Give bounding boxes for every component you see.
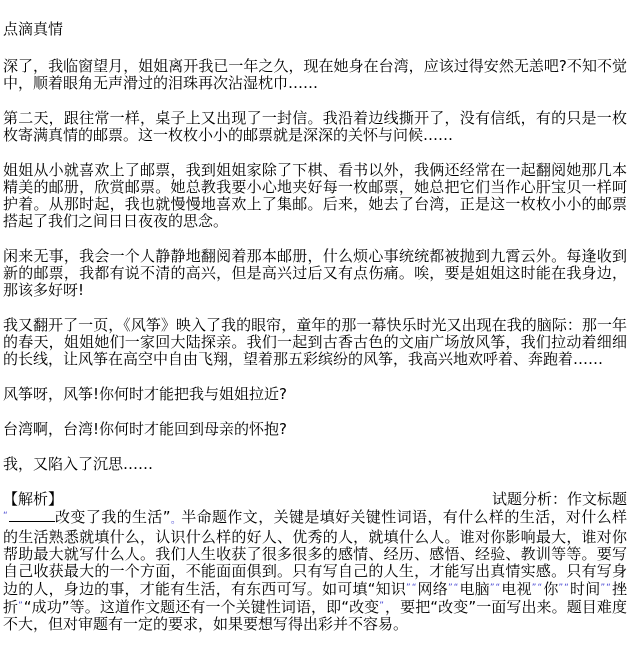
analysis-label: 【解析】 — [3, 491, 63, 508]
text-segment: 时间 — [570, 580, 601, 598]
highlighted-punctuation: ”“ — [532, 583, 543, 593]
text-segment: 改变了我的生活” — [55, 508, 171, 526]
analysis-header: 【解析】 试题分析：作文标题 — [3, 491, 627, 508]
highlighted-punctuation: ”“ — [448, 583, 459, 593]
document-page: 点滴真情 深了，我临窗望月，姐姐离开我已一年之久，现在她身在台湾，应该过得安然无… — [0, 0, 630, 651]
essay-paragraph-1: 深了，我临窗望月，姐姐离开我已一年之久，现在她身在台湾，应该过得安然无恙吧?不知… — [3, 58, 627, 92]
text-segment: 电脑 — [459, 580, 490, 598]
essay-paragraph-2: 第二天，跟往常一样，桌子上又出现了一封信。我沿着边线撕开了，没有信纸，有的只是一… — [3, 110, 627, 144]
highlighted-punctuation: ”“ — [600, 583, 611, 593]
analysis-section: 【解析】 试题分析：作文标题 “改变了我的生活”。半命题作文，关键是填好关键性词… — [3, 491, 627, 633]
essay-paragraph-3: 姐姐从小就喜欢上了邮票，我到姐姐家除了下棋、看书以外，我俩还经常在一起翻阅她那几… — [3, 162, 627, 230]
highlighted-punctuation: 。 — [171, 515, 182, 526]
highlighted-punctuation: ”“ — [490, 583, 501, 593]
text-segment: 你 — [543, 580, 558, 598]
essay-title: 点滴真情 — [3, 21, 627, 38]
essay-paragraph-5: 我又翻开了一页，《风筝》映入了我的眼帘，童年的那一幕快乐时光又出现在我的脑际：那… — [3, 317, 627, 368]
essay-paragraph-7: 台湾啊，台湾!你何时才能回到母亲的怀抱? — [3, 421, 627, 438]
text-segment: “成功”等。这道作文题还有一个关键性词语，即“改变 — [24, 598, 380, 616]
highlighted-punctuation: ”“ — [559, 583, 570, 593]
essay-paragraph-6: 风筝呀，风筝!你何时才能把我与姐姐拉近? — [3, 386, 627, 403]
text-segment: 网络 — [417, 580, 448, 598]
analysis-topic-label: 试题分析：作文标题 — [492, 491, 627, 508]
text-segment: 电视 — [501, 580, 532, 598]
essay-paragraph-8: 我，又陷入了沉思…… — [3, 456, 627, 473]
blank-underline — [9, 508, 55, 522]
essay-paragraph-4: 闲来无事，我会一个人静静地翻阅着那本邮册，什么烦心事统统都被抛到九霄云外。每逢收… — [3, 248, 627, 299]
analysis-body: “改变了我的生活”。半命题作文，关键是填好关键性词语，有什么样的生活，对什么样的… — [3, 508, 627, 633]
highlighted-punctuation: ”“ — [406, 583, 417, 593]
